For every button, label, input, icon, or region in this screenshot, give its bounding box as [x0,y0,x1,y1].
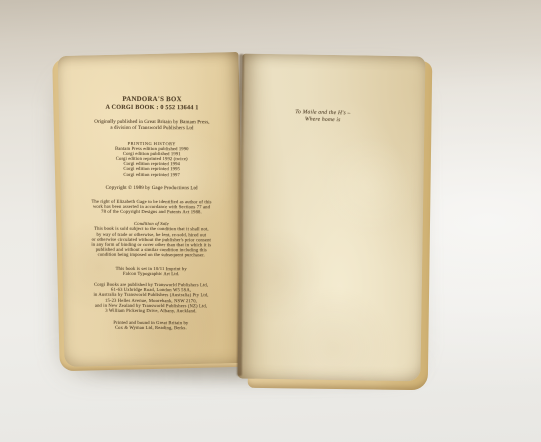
printing-history: Bantam Press edition published 1990 Corg… [61,145,242,177]
isbn-line: A CORGI BOOK : 0 552 13644 1 [62,104,243,113]
typesetting-line: Falcon Typographic Art Ltd. [61,270,242,276]
publisher-addresses: Corgi Books are published by Transworld … [60,282,241,314]
typesetting-note: This book is set in 10/11 Imprint by Fal… [61,265,242,276]
condition-line: condition being imposed on the subsequen… [61,252,242,258]
dedication: To Maile and the H's – Where home is [225,53,415,382]
rights-notice-line: 78 of the Copyright Designs and Patents … [61,209,242,215]
printer-note: Printed and bound in Great Britain by Co… [60,320,241,331]
publisher-note-line: a division of Transworld Publishers Ltd [61,125,242,132]
rights-notice: The right of Elizabeth Gage to be identi… [61,198,242,215]
copyright-page-text: PANDORA'S BOX A CORGI BOOK : 0 552 13644… [60,54,243,366]
copyright-page: PANDORA'S BOX A CORGI BOOK : 0 552 13644… [57,52,245,367]
condition-of-sale: This book is sold subject to the conditi… [61,226,242,258]
book-photo: PANDORA'S BOX A CORGI BOOK : 0 552 13644… [0,0,541,442]
publisher-address-line: 3 William Pickering Drive, Albany, Auckl… [60,308,241,314]
dedication-page: To Maile and the H's – Where home is [237,54,425,382]
printing-history-line: Corgi edition reprinted 1997 [61,171,242,177]
printer-note-line: Cox & Wyman Ltd, Reading, Berks. [60,325,241,331]
copyright-line: Copyright © 1989 by Gage Productions Ltd [61,185,242,192]
publisher-note: Originally published in Great Britain by… [61,120,242,133]
